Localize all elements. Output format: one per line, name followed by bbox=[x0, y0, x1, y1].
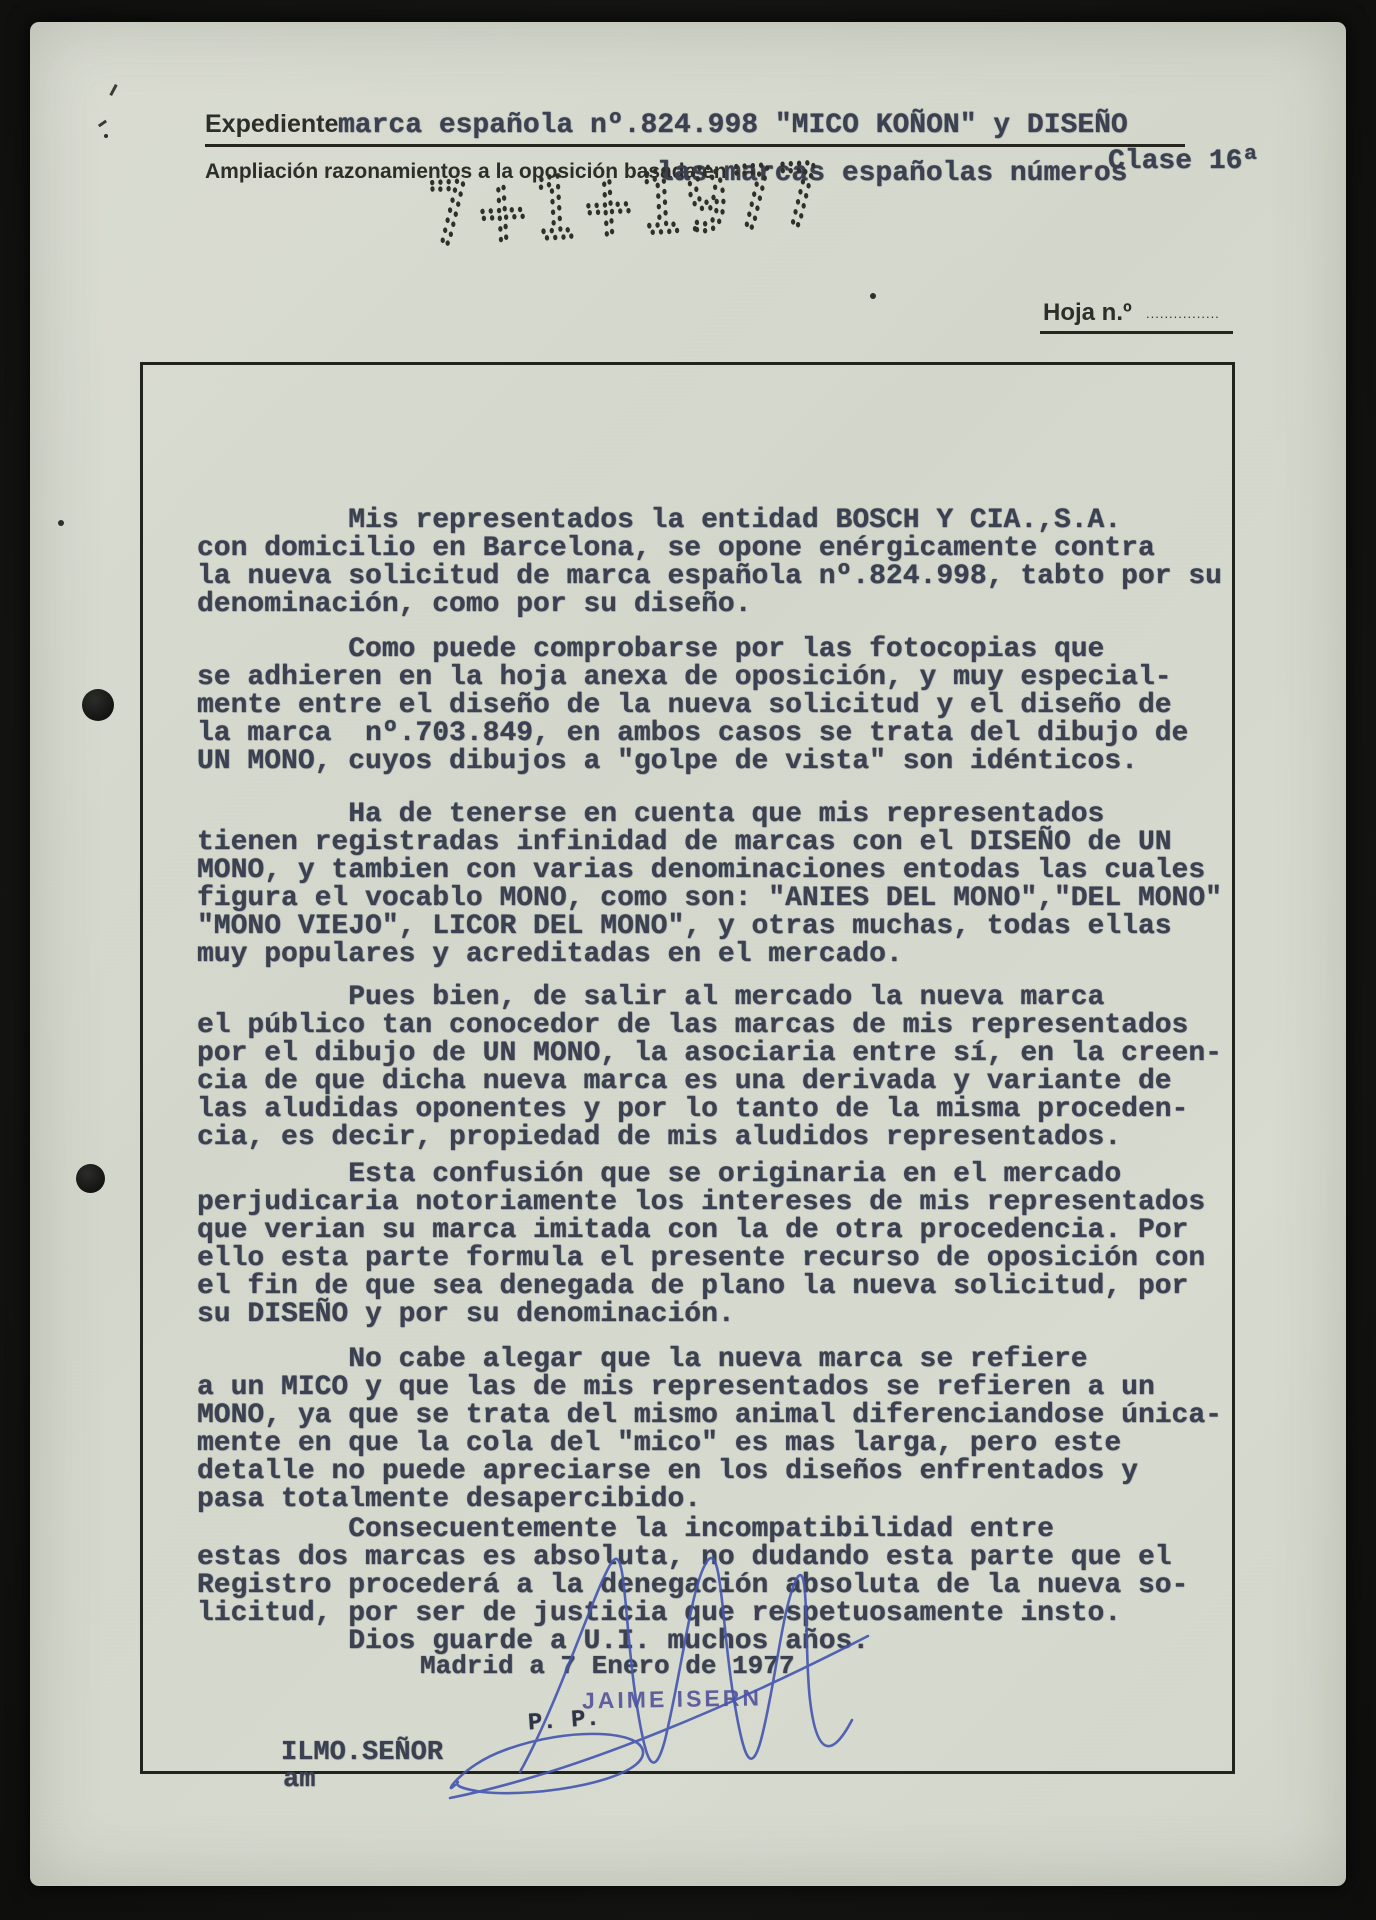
punch-hole bbox=[76, 1164, 105, 1193]
body-paragraph: Mis representados la entidad BOSCH Y CIA… bbox=[197, 507, 1257, 619]
svg-text:7+1+1977: 7+1+1977 bbox=[426, 148, 828, 264]
ink-speck bbox=[870, 293, 876, 299]
expediente-label: Expediente bbox=[205, 110, 338, 139]
body-paragraph: Como puede comprobarse por las fotocopia… bbox=[197, 636, 1257, 776]
hoja-underline bbox=[1040, 331, 1233, 334]
perforated-date: 7+1+1977 bbox=[420, 148, 860, 278]
ink-speck bbox=[104, 134, 108, 138]
clase-value: Clase 16ª bbox=[1108, 148, 1259, 176]
body-paragraph: No cabe alegar que la nueva marca se ref… bbox=[197, 1346, 1257, 1514]
expediente-value: marca española nº.824.998 "MICO KOÑON" y… bbox=[338, 112, 1128, 140]
scanned-document: Expediente marca española nº.824.998 "MI… bbox=[0, 0, 1376, 1920]
hoja-dotted-line: ................ bbox=[1146, 306, 1234, 321]
header-rule bbox=[205, 144, 1185, 147]
body-paragraph: Pues bien, de salir al mercado la nueva … bbox=[197, 984, 1257, 1152]
hoja-label: Hoja n.º bbox=[1043, 299, 1132, 327]
signature bbox=[420, 1540, 890, 1830]
typist-initials: am bbox=[283, 1766, 315, 1794]
punch-hole bbox=[82, 689, 114, 721]
body-paragraph: Esta confusión que se originaria en el m… bbox=[197, 1161, 1257, 1329]
ink-speck bbox=[58, 520, 64, 526]
ilmo-senor: ILMO.SEÑOR bbox=[281, 1739, 443, 1767]
body-paragraph: Ha de tenerse en cuenta que mis represen… bbox=[197, 801, 1257, 969]
